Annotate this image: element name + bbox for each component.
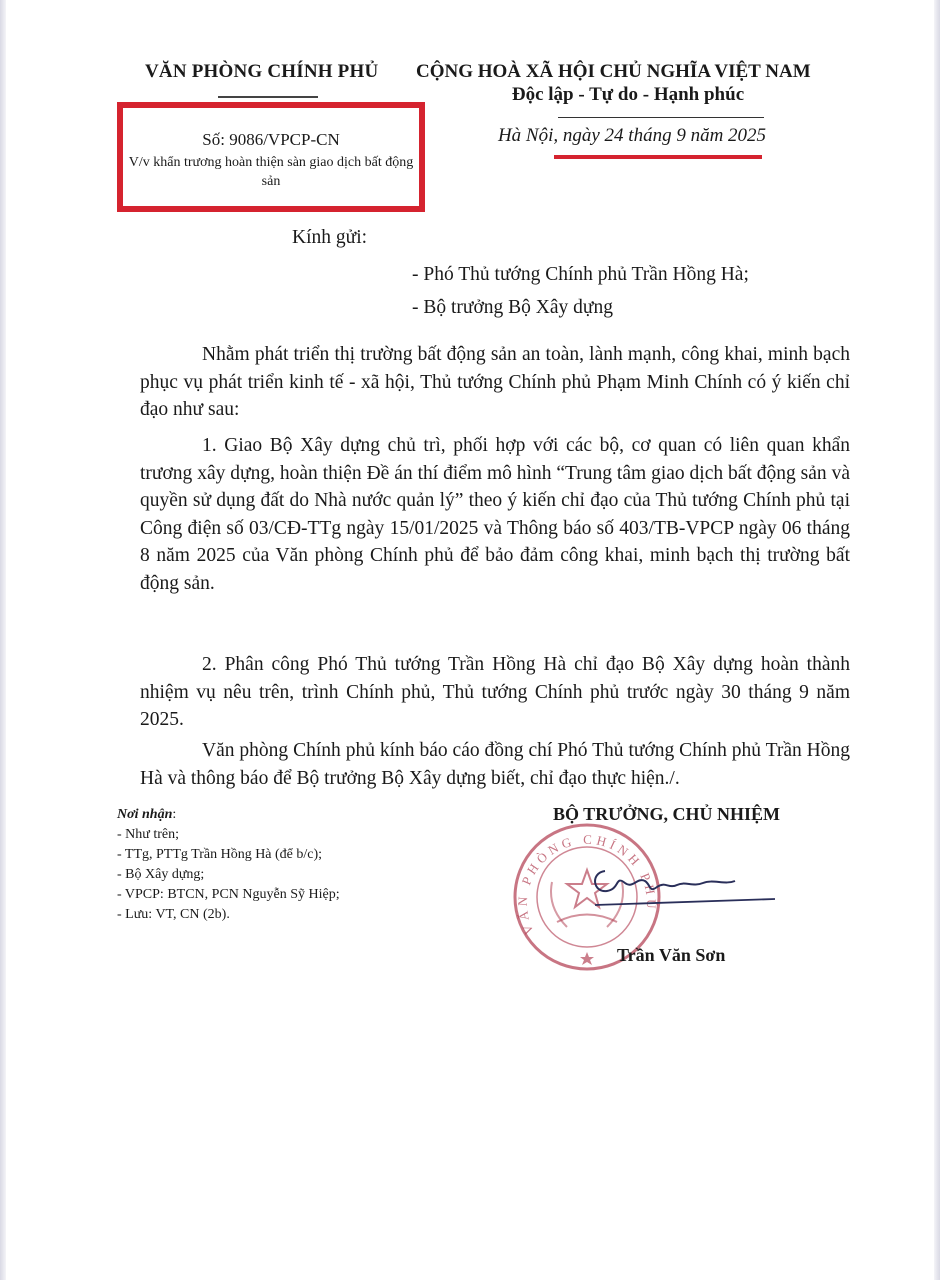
- body-paragraph-closing: Văn phòng Chính phủ kính báo cáo đồng ch…: [140, 737, 850, 792]
- body-paragraph-intro: Nhằm phát triển thị trường bất động sản …: [140, 341, 850, 424]
- recipients-title: Nơi nhận: [117, 807, 172, 822]
- recipients-list: Nơi nhận: - Như trên; - TTg, PTTg Trần H…: [117, 805, 340, 925]
- signer-name: Trần Văn Sơn: [617, 945, 725, 966]
- recipient-item: - TTg, PTTg Trần Hồng Hà (để b/c);: [117, 845, 340, 865]
- addressee-label: Kính gửi:: [292, 227, 367, 249]
- signer-title: BỘ TRƯỞNG, CHỦ NHIỆM: [553, 804, 780, 825]
- recipient-item: - Bộ Xây dựng;: [117, 865, 340, 885]
- dateline: Hà Nội, ngày 24 tháng 9 năm 2025: [420, 125, 844, 147]
- body-paragraph-item-1: 1. Giao Bộ Xây dựng chủ trì, phối hợp vớ…: [140, 432, 850, 597]
- national-title: CỘNG HOÀ XÃ HỘI CHỦ NGHĨA VIỆT NAM: [416, 61, 811, 83]
- recipient-item: - Lưu: VT, CN (2b).: [117, 905, 340, 925]
- body-paragraph-item-2: 2. Phân công Phó Thủ tướng Trần Hồng Hà …: [140, 651, 850, 734]
- document-number: Số: 9086/VPCP-CN: [123, 130, 419, 150]
- recipient-item: - Như trên;: [117, 825, 340, 845]
- document-subject: V/v khẩn trương hoàn thiện sàn giao dịch…: [123, 153, 419, 191]
- photo-edge-left: [0, 0, 6, 1280]
- motto-underline: [558, 117, 764, 118]
- date-highlight-underline: [554, 155, 762, 159]
- agency-underline: [218, 96, 318, 98]
- national-motto: Độc lập - Tự do - Hạnh phúc: [416, 84, 840, 106]
- signature-scribble-icon: [585, 853, 785, 923]
- addressee-item: - Phó Thủ tướng Chính phủ Trần Hồng Hà;: [412, 264, 749, 286]
- issuing-agency: VĂN PHÒNG CHÍNH PHỦ: [145, 61, 378, 83]
- recipient-item: - VPCP: BTCN, PCN Nguyễn Sỹ Hiệp;: [117, 885, 340, 905]
- photo-edge-right: [934, 0, 940, 1280]
- addressee-item: - Bộ trưởng Bộ Xây dựng: [412, 297, 613, 319]
